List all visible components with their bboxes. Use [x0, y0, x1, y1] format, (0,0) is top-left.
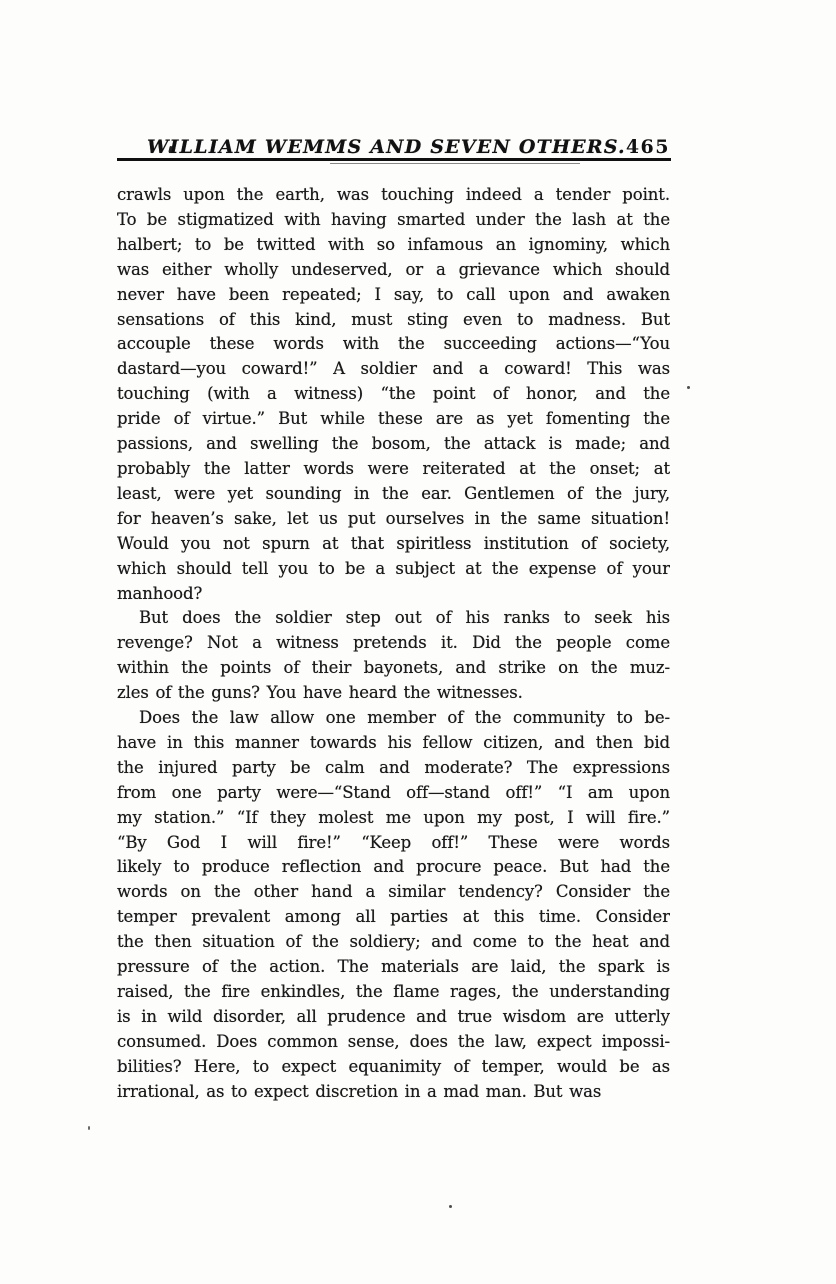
text-line: the injured party be calm and moderate? …: [117, 756, 670, 781]
text-line: manhood?: [117, 582, 670, 607]
scan-speck: [687, 386, 690, 389]
text-line: consumed. Does common sense, does the la…: [117, 1030, 670, 1055]
header-rule-echo: [330, 163, 580, 164]
paragraph: But does the soldier step out of his ran…: [117, 606, 670, 706]
text-line: for heaven’s sake, let us put ourselves …: [117, 507, 670, 532]
text-line: zles of the guns? You have heard the wit…: [117, 681, 670, 706]
text-line: Would you not spurn at that spiritless i…: [117, 532, 670, 557]
text-line: dastard—you coward!” A soldier and a cow…: [117, 357, 670, 382]
running-head: WILLIAM WEMMS AND SEVEN OTHERS. 465: [117, 128, 670, 158]
text-line: Does the law allow one member of the com…: [117, 706, 670, 731]
text-line: never have been repeated; I say, to call…: [117, 283, 670, 308]
text-line: temper prevalent among all parties at th…: [117, 905, 670, 930]
page-number: 465: [626, 136, 670, 158]
text-line: sensations of this kind, must sting even…: [117, 308, 670, 333]
text-line: my station.” “If they molest me upon my …: [117, 806, 670, 831]
text-line: the then situation of the soldiery; and …: [117, 930, 670, 955]
text-line: accouple these words with the succeeding…: [117, 332, 670, 357]
text-line: words on the other hand a similar tenden…: [117, 880, 670, 905]
text-line: pride of virtue.” But while these are as…: [117, 407, 670, 432]
text-line: within the points of their bayonets, and…: [117, 656, 670, 681]
text-line: which should tell you to be a subject at…: [117, 557, 670, 582]
text-line: To be stigmatized with having smarted un…: [117, 208, 670, 233]
text-line: likely to produce reflection and procure…: [117, 855, 670, 880]
paragraph: Does the law allow one member of the com…: [117, 706, 670, 1105]
text-line: have in this manner towards his fellow c…: [117, 731, 670, 756]
running-head-title: WILLIAM WEMMS AND SEVEN OTHERS.: [147, 136, 626, 158]
text-line: But does the soldier step out of his ran…: [117, 606, 670, 631]
text-line: least, were yet sounding in the ear. Gen…: [117, 482, 670, 507]
text-line: from one party were—“Stand off—stand off…: [117, 781, 670, 806]
text-line: raised, the fire enkindles, the flame ra…: [117, 980, 670, 1005]
body-text: crawls upon the earth, was touching inde…: [117, 183, 670, 1105]
book-page-scan: WILLIAM WEMMS AND SEVEN OTHERS. 465 craw…: [0, 0, 836, 1284]
text-line: irrational, as to expect discretion in a…: [117, 1080, 670, 1105]
scan-speck: [88, 1126, 90, 1130]
text-line: pressure of the action. The materials ar…: [117, 955, 670, 980]
paragraph: crawls upon the earth, was touching inde…: [117, 183, 670, 606]
text-line: passions, and swelling the bosom, the at…: [117, 432, 670, 457]
text-line: revenge? Not a witness pretends it. Did …: [117, 631, 670, 656]
text-line: is in wild disorder, all prudence and tr…: [117, 1005, 670, 1030]
text-line: “By God I will fire!” “Keep off!” These …: [117, 831, 670, 856]
text-line: was either wholly undeserved, or a griev…: [117, 258, 670, 283]
text-line: halbert; to be twitted with so infamous …: [117, 233, 670, 258]
text-line: bilities? Here, to expect equanimity of …: [117, 1055, 670, 1080]
header-rule: [117, 158, 671, 161]
text-line: touching (with a witness) “the point of …: [117, 382, 670, 407]
text-line: probably the latter words were reiterate…: [117, 457, 670, 482]
scan-speck: [449, 1205, 452, 1208]
text-line: crawls upon the earth, was touching inde…: [117, 183, 670, 208]
